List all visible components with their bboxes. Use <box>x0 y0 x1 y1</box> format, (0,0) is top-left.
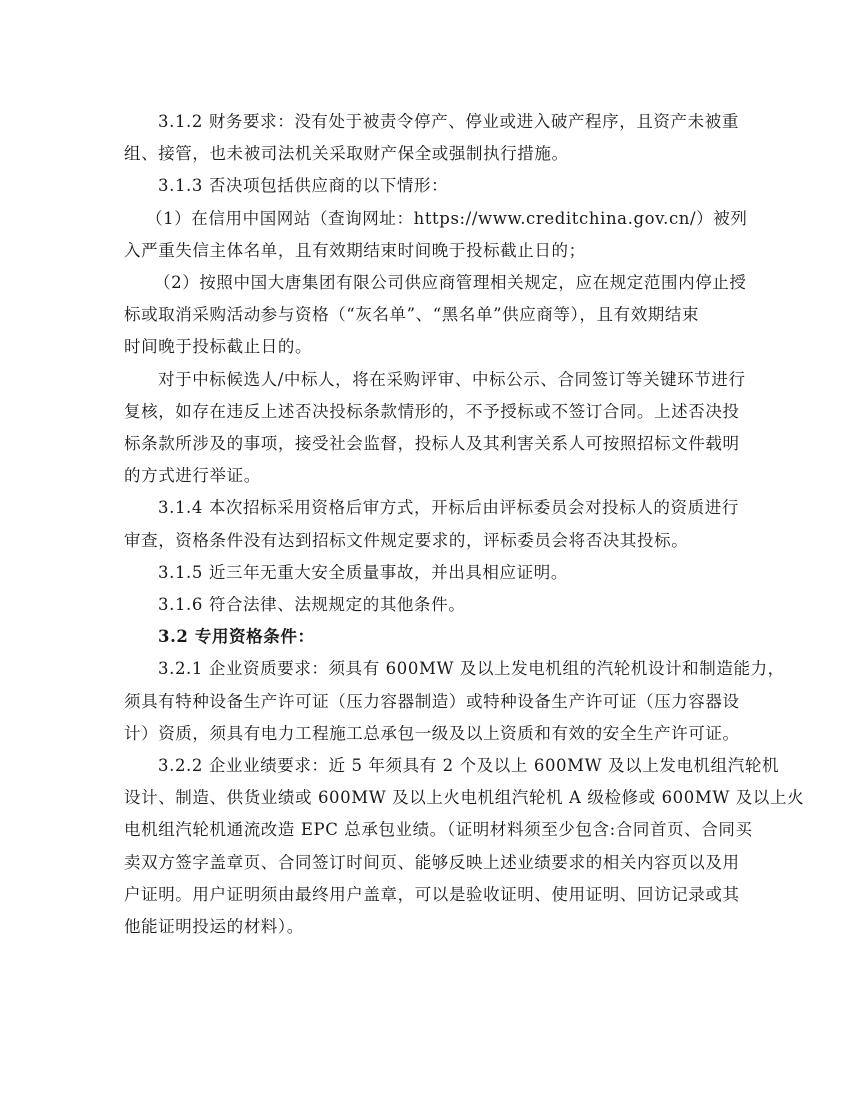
document-page: 3.1.2 财务要求：没有处于被责令停产、停业或进入破产程序，且资产未被重 组、… <box>124 106 730 943</box>
text-line: （1）在信用中国网站（查询网址：https://www.creditchina.… <box>124 203 730 235</box>
paragraph-3-1-2: 3.1.2 财务要求：没有处于被责令停产、停业或进入破产程序，且资产未被重 组、… <box>124 106 730 170</box>
text-line: 3.1.4 本次招标采用资格后审方式，开标后由评标委员会对投标人的资质进行 <box>124 492 730 524</box>
text-line: 审查，资格条件没有达到招标文件规定要求的，评标委员会将否决其投标。 <box>124 525 730 557</box>
text-line: 入严重失信主体名单，且有效期结束时间晚于投标截止日的； <box>124 235 730 267</box>
text-line: 标条款所涉及的事项，接受社会监督，投标人及其利害关系人可按照招标文件载明 <box>124 428 730 460</box>
text-line: 3.1.6 符合法律、法规规定的其他条件。 <box>124 589 730 621</box>
text-line: 计）资质，须具有电力工程施工总承包一级及以上资质和有效的安全生产许可证。 <box>124 718 730 750</box>
text-line: 3.1.3 否决项包括供应商的以下情形： <box>124 170 730 202</box>
text-line: 他能证明投运的材料）。 <box>124 911 730 943</box>
text-line: 3.2.2 企业业绩要求：近 5 年须具有 2 个及以上 600MW 及以上发电… <box>124 750 730 782</box>
paragraph-3-1-3-item-1: （1）在信用中国网站（查询网址：https://www.creditchina.… <box>124 203 730 267</box>
text-line: （2）按照中国大唐集团有限公司供应商管理相关规定，应在规定范围内停止授 <box>124 267 730 299</box>
text-line: 设计、制造、供货业绩或 600MW 及以上火电机组汽轮机 A 级检修或 600M… <box>124 782 730 814</box>
paragraph-3-1-4: 3.1.4 本次招标采用资格后审方式，开标后由评标委员会对投标人的资质进行 审查… <box>124 492 730 556</box>
paragraph-3-2-2: 3.2.2 企业业绩要求：近 5 年须具有 2 个及以上 600MW 及以上发电… <box>124 750 730 943</box>
text-line: 的方式进行举证。 <box>124 460 730 492</box>
text-line: 标或取消采购活动参与资格（“灰名单”、“黑名单”供应商等），且有效期结束 <box>124 299 730 331</box>
paragraph-3-1-3-item-2: （2）按照中国大唐集团有限公司供应商管理相关规定，应在规定范围内停止授 标或取消… <box>124 267 730 364</box>
paragraph-3-1-6: 3.1.6 符合法律、法规规定的其他条件。 <box>124 589 730 621</box>
heading-text: 3.2 专用资格条件： <box>124 621 730 653</box>
text-line: 复核，如存在违反上述否决投标条款情形的，不予授标或不签订合同。上述否决投 <box>124 396 730 428</box>
text-line: 3.1.2 财务要求：没有处于被责令停产、停业或进入破产程序，且资产未被重 <box>124 106 730 138</box>
paragraph-3-2-1: 3.2.1 企业资质要求：须具有 600MW 及以上发电机组的汽轮机设计和制造能… <box>124 653 730 750</box>
paragraph-3-1-5: 3.1.5 近三年无重大安全质量事故，并出具相应证明。 <box>124 557 730 589</box>
text-line: 3.2.1 企业资质要求：须具有 600MW 及以上发电机组的汽轮机设计和制造能… <box>124 653 730 685</box>
text-line: 户证明。用户证明须由最终用户盖章，可以是验收证明、使用证明、回访记录或其 <box>124 879 730 911</box>
text-line: 卖双方签字盖章页、合同签订时间页、能够反映上述业绩要求的相关内容页以及用 <box>124 847 730 879</box>
text-line: 组、接管，也未被司法机关采取财产保全或强制执行措施。 <box>124 138 730 170</box>
text-line: 电机组汽轮机通流改造 EPC 总承包业绩。（证明材料须至少包含:合同首页、合同买 <box>124 814 730 846</box>
section-heading-3-2: 3.2 专用资格条件： <box>124 621 730 653</box>
paragraph-review: 对于中标候选人/中标人，将在采购评审、中标公示、合同签订等关键环节进行 复核，如… <box>124 364 730 493</box>
text-line: 3.1.5 近三年无重大安全质量事故，并出具相应证明。 <box>124 557 730 589</box>
text-line: 须具有特种设备生产许可证（压力容器制造）或特种设备生产许可证（压力容器设 <box>124 686 730 718</box>
text-line: 时间晚于投标截止日的。 <box>124 331 730 363</box>
text-line: 对于中标候选人/中标人，将在采购评审、中标公示、合同签订等关键环节进行 <box>124 364 730 396</box>
paragraph-3-1-3: 3.1.3 否决项包括供应商的以下情形： <box>124 170 730 202</box>
